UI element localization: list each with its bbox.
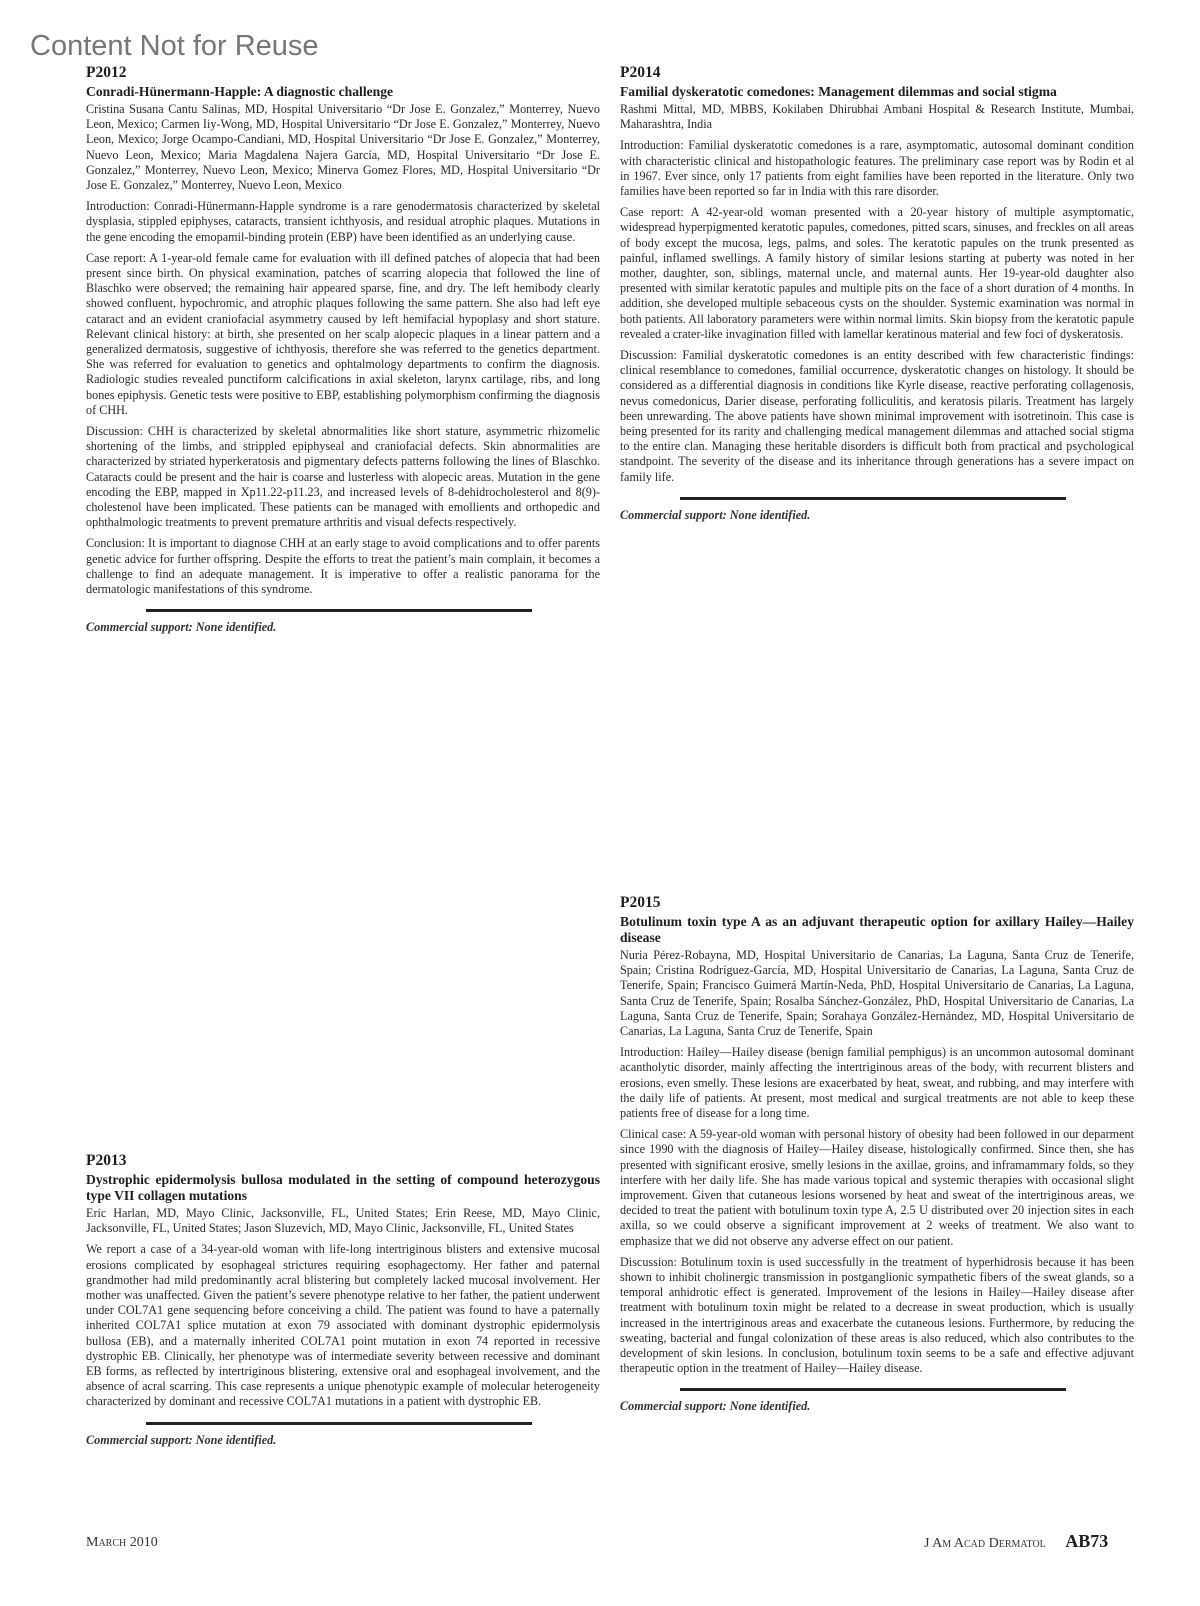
abstract-p2014: P2014 Familial dyskeratotic comedones: M… <box>620 64 1134 523</box>
abstract-title: Botulinum toxin type A as an adjuvant th… <box>620 914 1134 946</box>
divider <box>146 1422 532 1425</box>
abstract-title: Familial dyskeratotic comedones: Managem… <box>620 84 1134 100</box>
abstract-p2013: P2013 Dystrophic epidermolysis bullosa m… <box>86 1152 600 1448</box>
commercial-support: Commercial support: None identified. <box>86 1433 600 1448</box>
abstract-code: P2015 <box>620 894 1134 911</box>
commercial-support: Commercial support: None identified. <box>620 508 1134 523</box>
footer-date: March 2010 <box>86 1535 158 1551</box>
abstract-code: P2013 <box>86 1152 600 1169</box>
commercial-support: Commercial support: None identified. <box>86 620 600 635</box>
abstract-code: P2014 <box>620 64 1134 81</box>
commercial-support: Commercial support: None identified. <box>620 1399 1134 1414</box>
abstract-title: Conradi-Hünermann-Happle: A diagnostic c… <box>86 84 600 100</box>
abstract-paragraph: Introduction: Familial dyskeratotic come… <box>620 138 1134 199</box>
abstract-paragraph: Discussion: Botulinum toxin is used succ… <box>620 1255 1134 1377</box>
watermark: Content Not for Reuse <box>30 30 319 63</box>
abstract-paragraph: Introduction: Hailey—Hailey disease (ben… <box>620 1045 1134 1121</box>
abstract-paragraph: We report a case of a 34-year-old woman … <box>86 1242 600 1409</box>
abstract-title: Dystrophic epidermolysis bullosa modulat… <box>86 1172 600 1204</box>
abstract-paragraph: Case report: A 1-year-old female came fo… <box>86 251 600 418</box>
divider <box>680 1388 1066 1391</box>
footer-journal: J Am Acad Dermatol <box>924 1536 1046 1551</box>
abstract-authors: Rashmi Mittal, MD, MBBS, Kokilaben Dhiru… <box>620 102 1134 132</box>
abstract-authors: Eric Harlan, MD, Mayo Clinic, Jacksonvil… <box>86 1206 600 1236</box>
abstract-p2015: P2015 Botulinum toxin type A as an adjuv… <box>620 894 1134 1414</box>
abstract-paragraph: Discussion: CHH is characterized by skel… <box>86 424 600 530</box>
divider <box>680 497 1066 500</box>
divider <box>146 609 532 612</box>
abstract-paragraph: Introduction: Conradi-Hünermann-Happle s… <box>86 199 600 245</box>
abstract-paragraph: Discussion: Familial dyskeratotic comedo… <box>620 348 1134 485</box>
abstract-paragraph: Case report: A 42-year-old woman present… <box>620 205 1134 342</box>
abstract-p2012: P2012 Conradi-Hünermann-Happle: A diagno… <box>86 64 600 635</box>
abstract-authors: Nuria Pérez-Robayna, MD, Hospital Univer… <box>620 948 1134 1039</box>
abstract-authors: Cristina Susana Cantu Salinas, MD, Hospi… <box>86 102 600 193</box>
abstract-code: P2012 <box>86 64 600 81</box>
page-number: AB73 <box>1065 1531 1108 1551</box>
abstract-paragraph: Clinical case: A 59-year-old woman with … <box>620 1127 1134 1249</box>
footer-journal-block: J Am Acad Dermatol AB73 <box>924 1531 1108 1552</box>
abstract-paragraph: Conclusion: It is important to diagnose … <box>86 536 600 597</box>
